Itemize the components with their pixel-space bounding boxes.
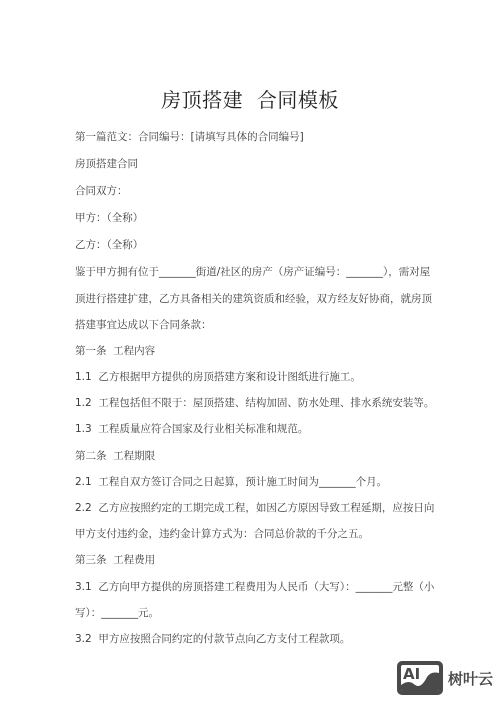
clause-1-2: 1.2 工程包括但不限于：屋顶搭建、结构加固、防水处理、排水系统安装等。 <box>75 396 434 410</box>
clause-3-1-line-1: 3.1 乙方向甲方提供的房顶搭建工程费用为人民币（大写）：_______元整（小 <box>75 580 434 594</box>
clause-3-2: 3.2 甲方应按照合同约定的付款节点向乙方支付工程款项。 <box>75 632 350 646</box>
clause-2-1: 2.1 工程自双方签订合同之日起算，预计施工时间为_______个月。 <box>75 475 387 489</box>
party-b-line: 乙方：（全称） <box>75 238 143 252</box>
clause-3-1-line-2: 写）：_______元。 <box>75 606 159 620</box>
clause-2-2-line-1: 2.2 乙方应按照约定的工期完成工程，如因乙方原因导致工程延期，应按日向 <box>75 501 434 515</box>
clause-1-1: 1.1 乙方根据甲方提供的房顶搭建方案和设计图纸进行施工。 <box>75 370 361 384</box>
article-2-heading: 第二条 工程期限 <box>75 449 155 463</box>
article-1-heading: 第一条 工程内容 <box>75 344 155 358</box>
contract-heading: 房顶搭建合同 <box>75 157 138 171</box>
document-page: 房顶搭建 合同模板 第一篇范文：合同编号：[请填写具体的合同编号] 房顶搭建合同… <box>0 0 500 707</box>
preamble-line-3: 搭建事宜达成以下合同条款： <box>75 318 212 332</box>
party-a-line: 甲方：（全称） <box>75 211 143 225</box>
watermark-logo: AI 树叶云 <box>397 660 493 696</box>
document-title: 房顶搭建 合同模板 <box>0 84 500 113</box>
clause-2-2-line-2: 甲方支付违约金，违约金计算方式为：合同总价款的千分之五。 <box>75 527 369 541</box>
watermark-brand: 树叶云 <box>448 668 493 689</box>
preamble-line-1: 鉴于甲方拥有位于_______街道/社区的房产（房产证编号：_______），需… <box>75 265 430 279</box>
ai-image-icon: AI <box>397 661 443 695</box>
parties-label: 合同双方： <box>75 184 128 198</box>
mountain-icon <box>401 665 439 691</box>
clause-1-3: 1.3 工程质量应符合国家及行业相关标准和规范。 <box>75 422 308 436</box>
contract-number-line: 第一篇范文：合同编号：[请填写具体的合同编号] <box>75 130 304 144</box>
preamble-line-2: 顶进行搭建扩建，乙方具备相关的建筑资质和经验，双方经友好协商，就房顶 <box>75 292 432 306</box>
article-3-heading: 第三条 工程费用 <box>75 553 155 567</box>
